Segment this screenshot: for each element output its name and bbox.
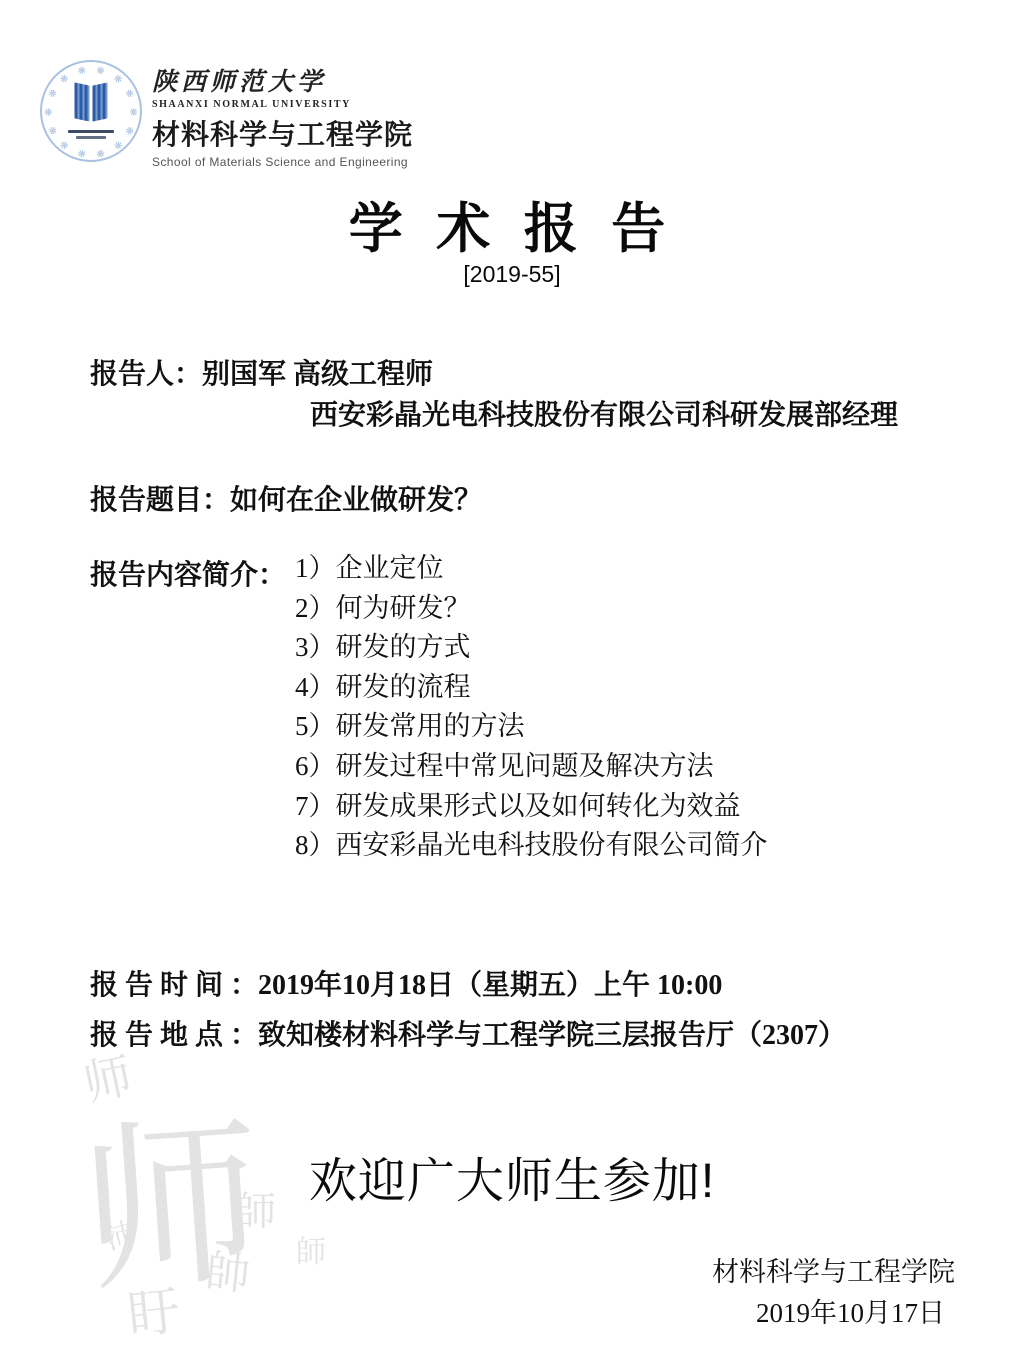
- outline-item: 6）研发过程中常见问题及解决方法: [295, 747, 768, 787]
- place-value: 致知楼材料科学与工程学院三层报告厅（2307）: [258, 1020, 846, 1051]
- seal-ring-glyph: ❋: [48, 124, 61, 136]
- logo-text-block: 陕西师范大学 SHAANXI NORMAL UNIVERSITY 材料科学与工程…: [152, 60, 413, 169]
- seal-ring-glyph: ❋: [59, 73, 72, 86]
- page-title: 学 术 报 告: [0, 186, 1024, 263]
- topic-line: 报告题目：如何在企业做研发？: [90, 478, 482, 518]
- seal-ring-glyph: ❋: [45, 108, 55, 116]
- report-number: [2019-55]: [0, 261, 1024, 288]
- school-logo: ❋❋❋❋❋❋❋❋❋❋❋❋❋❋ 陕西师范大学 SHAANXI NORMAL UNI…: [40, 60, 413, 169]
- speaker-line: 报告人：别国军 高级工程师: [90, 352, 433, 392]
- open-book-icon: [75, 84, 108, 120]
- signature-date: 2019年10月17日: [756, 1291, 945, 1330]
- time-label: 报 告 时 间 ：: [90, 970, 258, 1001]
- outline-item: 5）研发常用的方法: [295, 707, 768, 747]
- school-name-en: School of Materials Science and Engineer…: [152, 155, 413, 169]
- welcome-message: 欢迎广大师生参加!: [0, 1142, 1024, 1211]
- outline-item: 3）研发的方式: [295, 628, 768, 668]
- speaker-label: 报告人：: [90, 359, 202, 390]
- university-name-en: SHAANXI NORMAL UNIVERSITY: [152, 99, 413, 110]
- seal-ring-glyph: ❋: [122, 88, 135, 100]
- university-name-cn: 陕西师范大学: [152, 62, 413, 98]
- place-label: 报 告 地 点 ：: [90, 1020, 258, 1051]
- school-name-cn: 材料科学与工程学院: [152, 113, 413, 153]
- seal-caption-bar: [76, 136, 106, 139]
- university-seal-icon: ❋❋❋❋❋❋❋❋❋❋❋❋❋❋: [40, 60, 142, 162]
- seal-ring-glyph: ❋: [127, 108, 137, 116]
- speaker-name-title: 别国军 高级工程师: [202, 359, 433, 390]
- signature-school: 材料科学与工程学院: [712, 1250, 955, 1289]
- seal-ring-glyph: ❋: [110, 73, 123, 86]
- report-time-line: 报 告 时 间 ：2019年10月18日（星期五）上午 10:00: [90, 963, 722, 1003]
- seal-ring-glyph: ❋: [77, 146, 87, 158]
- outline-item: 1）企业定位: [295, 549, 768, 589]
- outline-label: 报告内容简介：: [90, 553, 286, 593]
- announcement-page: 师 师 師 沛 師 帥 盱 ❋❋❋❋❋❋❋❋❋❋❋❋❋❋ 陕西师范大学 SHAA…: [0, 0, 1024, 1365]
- seal-ring-glyph: ❋: [95, 66, 105, 78]
- report-place-line: 报 告 地 点 ：致知楼材料科学与工程学院三层报告厅（2307）: [90, 1013, 846, 1053]
- seal-ring-glyph: ❋: [77, 66, 87, 78]
- seal-ring-glyph: ❋: [59, 138, 72, 151]
- outline-item: 8）西安彩晶光电科技股份有限公司简介: [295, 826, 768, 866]
- seal-ring-glyph: ❋: [95, 146, 105, 158]
- seal-caption-bar: [68, 130, 114, 133]
- seal-ring-glyph: ❋: [48, 88, 61, 100]
- outline-item: 7）研发成果形式以及如何转化为效益: [295, 787, 768, 827]
- outline-list: 1）企业定位 2）何为研发？ 3）研发的方式 4）研发的流程 5）研发常用的方法…: [295, 549, 768, 866]
- seal-ring-glyph: ❋: [122, 124, 135, 136]
- time-value: 2019年10月18日（星期五）上午 10:00: [258, 970, 722, 1001]
- outline-item: 4）研发的流程: [295, 668, 768, 708]
- topic-value: 如何在企业做研发？: [230, 485, 482, 516]
- outline-item: 2）何为研发？: [295, 589, 768, 629]
- seal-ring-glyph: ❋: [110, 138, 123, 151]
- topic-label: 报告题目：: [90, 485, 230, 516]
- speaker-affiliation: 西安彩晶光电科技股份有限公司科研发展部经理: [310, 393, 898, 433]
